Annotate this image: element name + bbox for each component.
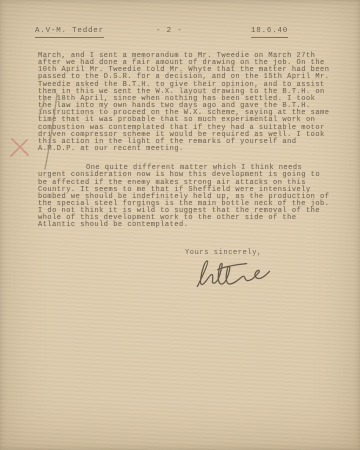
paragraph-1: March, and I sent a memorandum to Mr. Tw… [38,53,331,153]
handwritten-signature [190,256,276,290]
header-addressee: A.V-M. Tedder [35,27,104,38]
red-x-mark [11,139,28,156]
header-page-number: - 2 - [156,27,183,35]
paragraph-2: One quite different matter which I think… [38,165,331,229]
letter-page: A.V-M. Tedder - 2 - 18.6.40 March, and I… [0,0,360,450]
header-date: 18.6.40 [251,27,288,38]
letter-body: March, and I sent a memorandum to Mr. Tw… [38,53,331,242]
